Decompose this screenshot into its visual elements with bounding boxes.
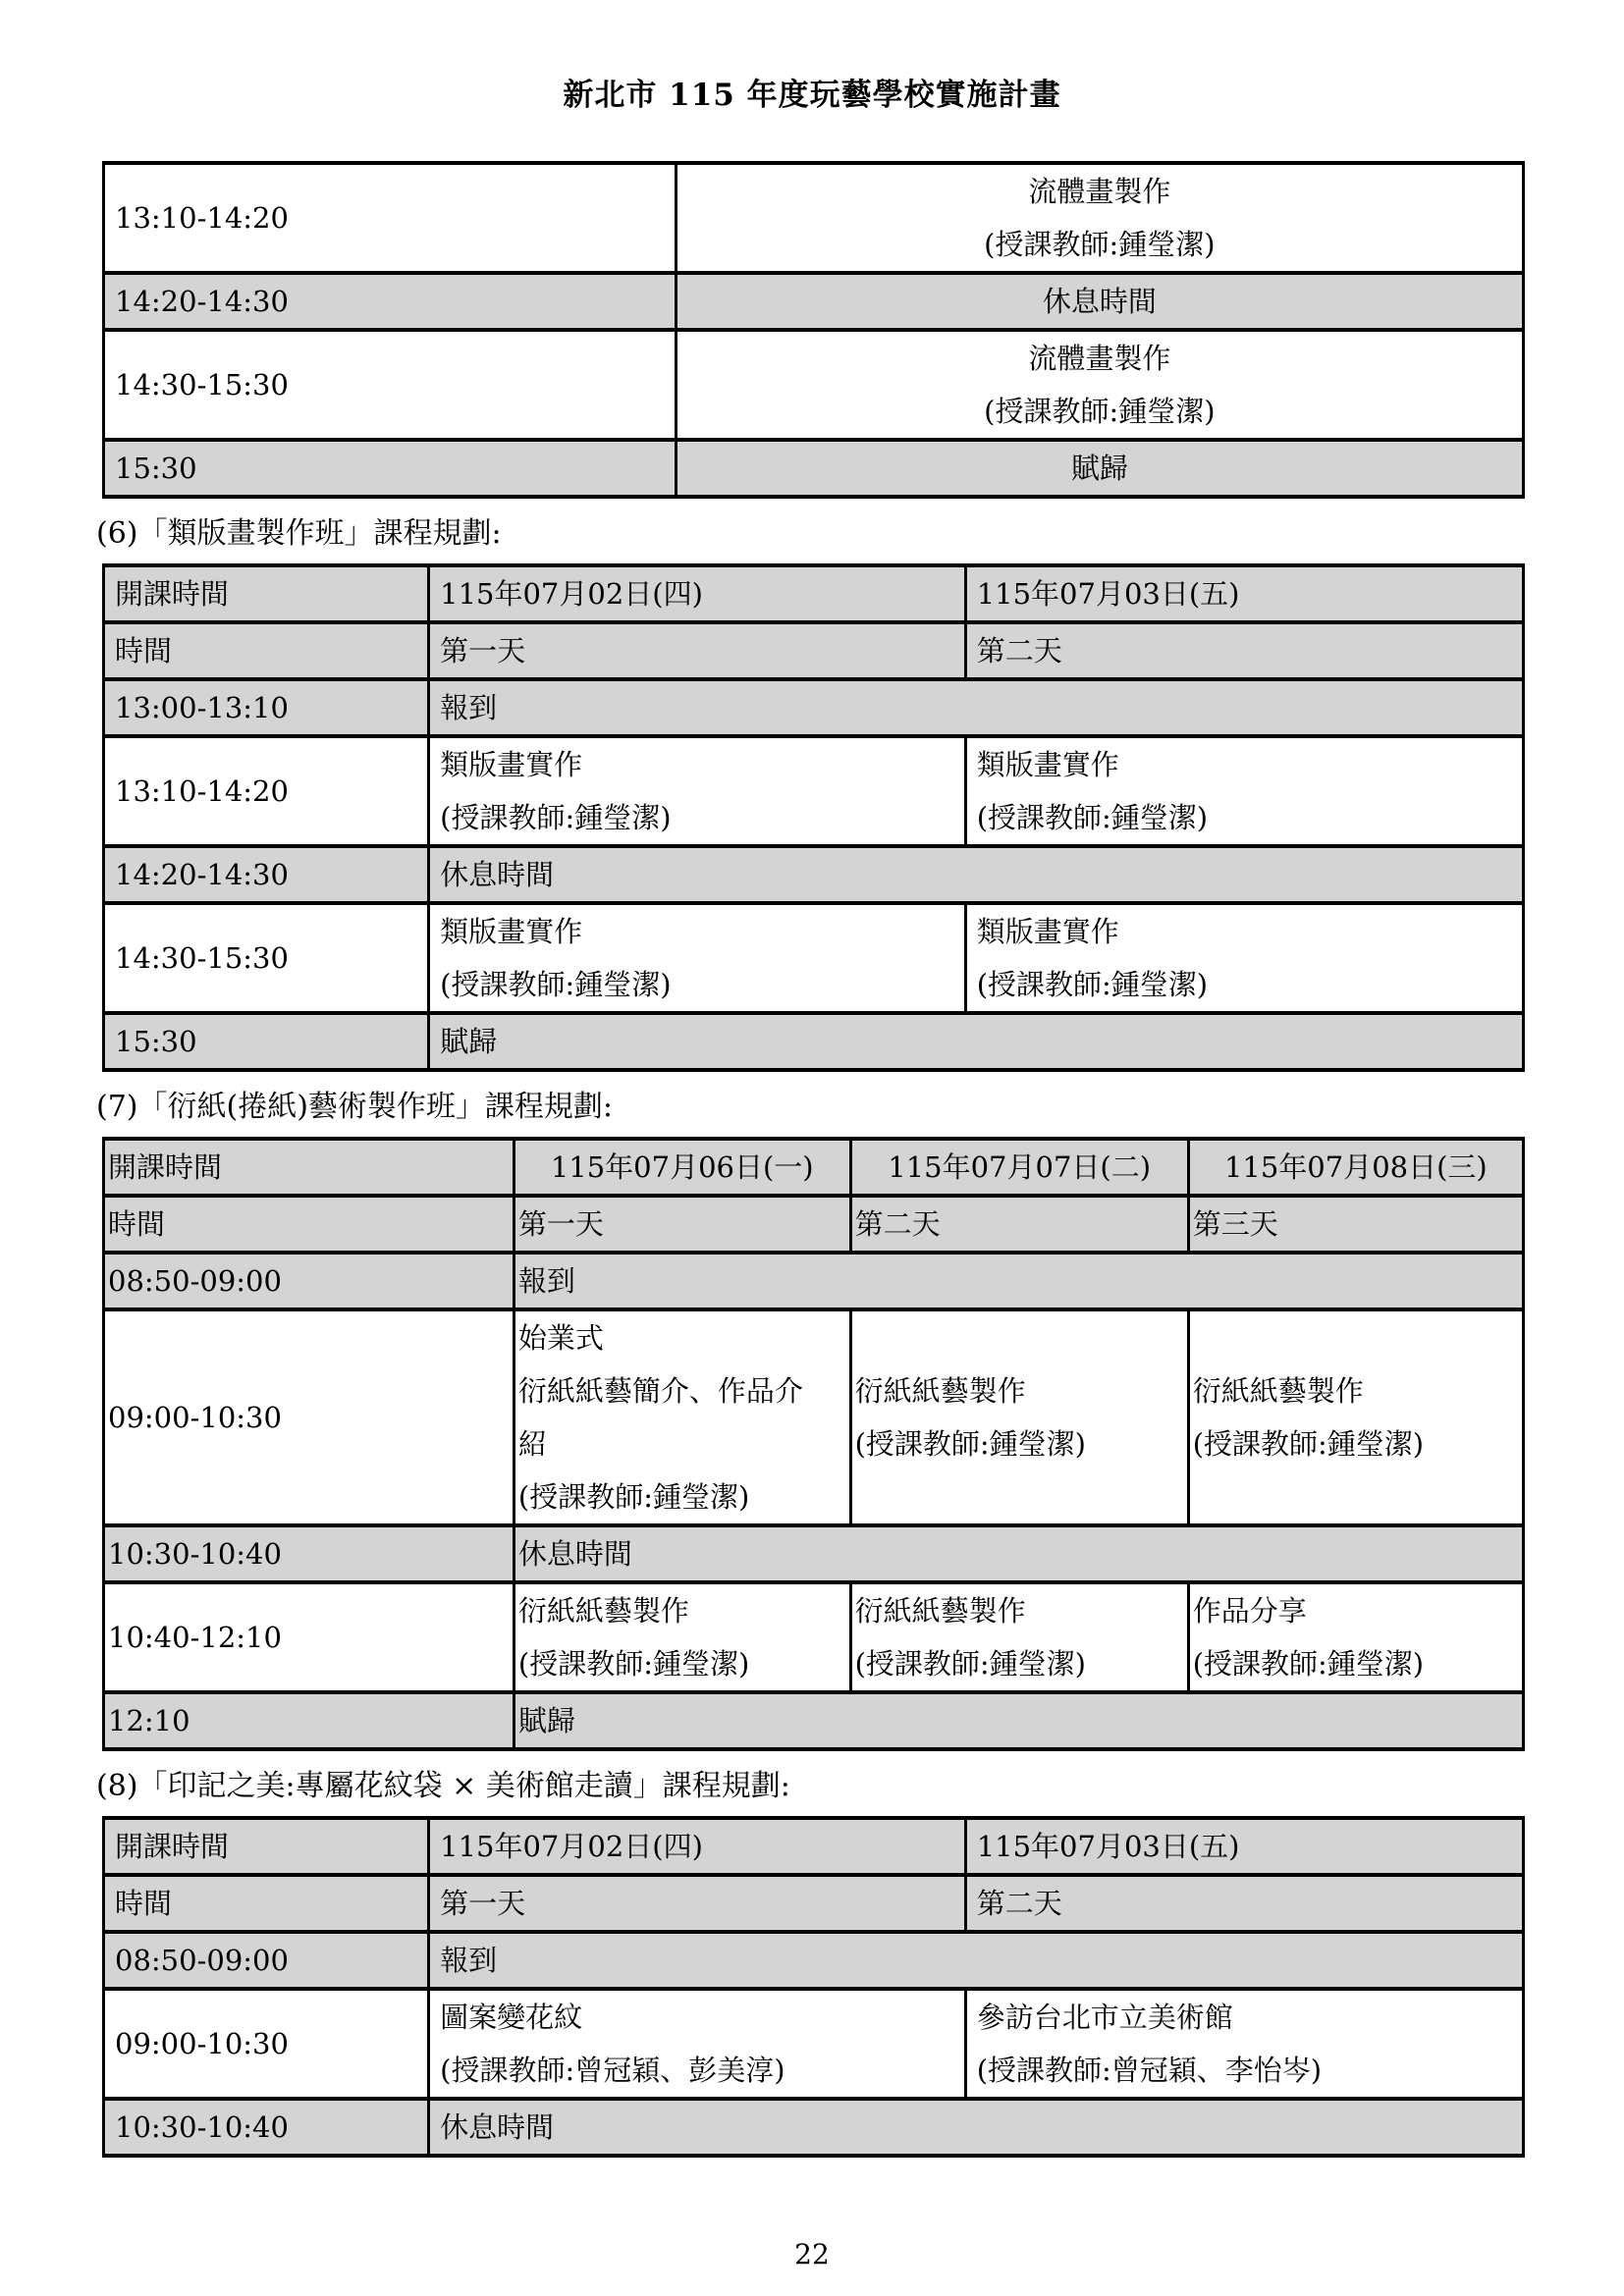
schedule-cell: 第一天 [429, 1875, 966, 1932]
schedule-cell: 第二天 [965, 1875, 1523, 1932]
schedule-cell: 始業式 衍紙紙藝簡介、作品介 紹 (授課教師:鍾瑩潔) [514, 1309, 850, 1525]
schedule-table: 開課時間115年07月06日(一)115年07月07日(二)115年07月08日… [102, 1137, 1525, 1751]
table-row: 10:30-10:40休息時間 [104, 2099, 1524, 2156]
schedule-cell: 圖案變花紋 (授課教師:曾冠穎、彭美淳) [429, 1989, 966, 2099]
time-cell: 08:50-09:00 [104, 1253, 514, 1309]
time-cell: 14:30-15:30 [104, 330, 677, 440]
schedule-cell: 賦歸 [429, 1013, 1524, 1070]
schedule-cell: 第二天 [965, 622, 1523, 679]
schedule-cell: 作品分享 (授課教師:鍾瑩潔) [1188, 1582, 1523, 1692]
schedule-table: 開課時間115年07月02日(四)115年07月03日(五)時間第一天第二天08… [102, 1816, 1525, 2158]
page-content: 13:10-14:20流體畫製作 (授課教師:鍾瑩潔)14:20-14:30休息… [102, 161, 1525, 2158]
page-number: 22 [0, 2238, 1624, 2270]
time-cell: 10:30-10:40 [104, 2099, 429, 2156]
table-row: 13:10-14:20類版畫實作 (授課教師:鍾瑩潔)類版畫實作 (授課教師:鍾… [104, 736, 1524, 846]
table-row: 09:00-10:30始業式 衍紙紙藝簡介、作品介 紹 (授課教師:鍾瑩潔)衍紙… [104, 1309, 1524, 1525]
schedule-table: 13:10-14:20流體畫製作 (授課教師:鍾瑩潔)14:20-14:30休息… [102, 161, 1525, 499]
time-cell: 15:30 [104, 1013, 429, 1070]
pattern-bag-class-schedule-table: 開課時間115年07月02日(四)115年07月03日(五)時間第一天第二天08… [102, 1816, 1525, 2158]
schedule-cell: 賦歸 [676, 440, 1523, 497]
schedule-cell: 休息時間 [429, 2099, 1524, 2156]
schedule-cell: 衍紙紙藝製作 (授課教師:鍾瑩潔) [514, 1582, 850, 1692]
schedule-cell: 休息時間 [429, 846, 1524, 903]
schedule-cell: 115年07月08日(三) [1188, 1139, 1523, 1196]
table-row: 14:20-14:30休息時間 [104, 846, 1524, 903]
time-cell: 時間 [104, 1875, 429, 1932]
table-row: 14:30-15:30類版畫實作 (授課教師:鍾瑩潔)類版畫實作 (授課教師:鍾… [104, 903, 1524, 1013]
time-cell: 09:00-10:30 [104, 1989, 429, 2099]
table-row: 09:00-10:30圖案變花紋 (授課教師:曾冠穎、彭美淳)參訪台北市立美術館… [104, 1989, 1524, 2099]
time-cell: 13:00-13:10 [104, 679, 429, 736]
time-cell: 10:40-12:10 [104, 1582, 514, 1692]
time-cell: 08:50-09:00 [104, 1932, 429, 1989]
section-pattern-bag-class: (8)「印記之美:專屬花紋袋 × 美術館走讀」課程規劃: 開課時間115年07月… [102, 1766, 1525, 2158]
section-heading-pattern-bag-class: (8)「印記之美:專屬花紋袋 × 美術館走讀」課程規劃: [96, 1766, 1525, 1807]
time-cell: 開課時間 [104, 1818, 429, 1875]
time-cell: 15:30 [104, 440, 677, 497]
table-row: 時間第一天第二天第三天 [104, 1196, 1524, 1253]
section-print-class: (6)「類版畫製作班」課程規劃: 開課時間115年07月02日(四)115年07… [102, 513, 1525, 1072]
table-row: 開課時間115年07月02日(四)115年07月03日(五) [104, 565, 1524, 622]
schedule-cell: 休息時間 [676, 273, 1523, 330]
schedule-cell: 115年07月06日(一) [514, 1139, 850, 1196]
print-class-schedule-table: 開課時間115年07月02日(四)115年07月03日(五)時間第一天第二天13… [102, 563, 1525, 1072]
schedule-cell: 第三天 [1188, 1196, 1523, 1253]
quilling-class-schedule-table: 開課時間115年07月06日(一)115年07月07日(二)115年07月08日… [102, 1137, 1525, 1751]
schedule-cell: 衍紙紙藝製作 (授課教師:鍾瑩潔) [850, 1582, 1188, 1692]
schedule-cell: 類版畫實作 (授課教師:鍾瑩潔) [429, 736, 966, 846]
section-quilling-class: (7)「衍紙(捲紙)藝術製作班」課程規劃: 開課時間115年07月06日(一)1… [102, 1087, 1525, 1751]
schedule-cell: 報到 [429, 679, 1524, 736]
schedule-table: 開課時間115年07月02日(四)115年07月03日(五)時間第一天第二天13… [102, 563, 1525, 1072]
schedule-cell: 賦歸 [514, 1692, 1523, 1749]
schedule-cell: 類版畫實作 (授課教師:鍾瑩潔) [965, 736, 1523, 846]
page-title: 新北市 115 年度玩藝學校實施計畫 [0, 75, 1624, 116]
schedule-cell: 參訪台北市立美術館 (授課教師:曾冠穎、李怡岑) [965, 1989, 1523, 2099]
schedule-cell: 第二天 [850, 1196, 1188, 1253]
time-cell: 14:30-15:30 [104, 903, 429, 1013]
time-cell: 12:10 [104, 1692, 514, 1749]
time-cell: 時間 [104, 622, 429, 679]
table-row: 時間第一天第二天 [104, 1875, 1524, 1932]
time-cell: 09:00-10:30 [104, 1309, 514, 1525]
fluid-painting-schedule-table: 13:10-14:20流體畫製作 (授課教師:鍾瑩潔)14:20-14:30休息… [102, 161, 1525, 499]
table-row: 14:30-15:30流體畫製作 (授課教師:鍾瑩潔) [104, 330, 1524, 440]
table-row: 10:30-10:40休息時間 [104, 1525, 1524, 1582]
document-page: 新北市 115 年度玩藝學校實施計畫 13:10-14:20流體畫製作 (授課教… [0, 75, 1624, 2270]
schedule-cell: 衍紙紙藝製作 (授課教師:鍾瑩潔) [1188, 1309, 1523, 1525]
schedule-cell: 衍紙紙藝製作 (授課教師:鍾瑩潔) [850, 1309, 1188, 1525]
time-cell: 時間 [104, 1196, 514, 1253]
time-cell: 開課時間 [104, 565, 429, 622]
schedule-cell: 流體畫製作 (授課教師:鍾瑩潔) [676, 163, 1523, 273]
table-row: 10:40-12:10衍紙紙藝製作 (授課教師:鍾瑩潔)衍紙紙藝製作 (授課教師… [104, 1582, 1524, 1692]
schedule-cell: 115年07月02日(四) [429, 1818, 966, 1875]
time-cell: 14:20-14:30 [104, 273, 677, 330]
schedule-cell: 報到 [514, 1253, 1523, 1309]
time-cell: 14:20-14:30 [104, 846, 429, 903]
time-cell: 13:10-14:20 [104, 736, 429, 846]
schedule-cell: 流體畫製作 (授課教師:鍾瑩潔) [676, 330, 1523, 440]
section-heading-print-class: (6)「類版畫製作班」課程規劃: [96, 513, 1525, 555]
schedule-cell: 115年07月07日(二) [850, 1139, 1188, 1196]
table-row: 14:20-14:30休息時間 [104, 273, 1524, 330]
table-row: 13:10-14:20流體畫製作 (授課教師:鍾瑩潔) [104, 163, 1524, 273]
schedule-cell: 第一天 [514, 1196, 850, 1253]
table-row: 08:50-09:00報到 [104, 1932, 1524, 1989]
time-cell: 13:10-14:20 [104, 163, 677, 273]
schedule-cell: 115年07月03日(五) [965, 1818, 1523, 1875]
schedule-cell: 115年07月03日(五) [965, 565, 1523, 622]
table-row: 13:00-13:10報到 [104, 679, 1524, 736]
section-heading-quilling-class: (7)「衍紙(捲紙)藝術製作班」課程規劃: [96, 1087, 1525, 1128]
schedule-cell: 類版畫實作 (授課教師:鍾瑩潔) [965, 903, 1523, 1013]
schedule-cell: 報到 [429, 1932, 1524, 1989]
time-cell: 開課時間 [104, 1139, 514, 1196]
table-row: 開課時間115年07月06日(一)115年07月07日(二)115年07月08日… [104, 1139, 1524, 1196]
time-cell: 10:30-10:40 [104, 1525, 514, 1582]
table-row: 時間第一天第二天 [104, 622, 1524, 679]
schedule-cell: 休息時間 [514, 1525, 1523, 1582]
table-row: 開課時間115年07月02日(四)115年07月03日(五) [104, 1818, 1524, 1875]
table-row: 12:10賦歸 [104, 1692, 1524, 1749]
table-row: 15:30賦歸 [104, 440, 1524, 497]
schedule-cell: 類版畫實作 (授課教師:鍾瑩潔) [429, 903, 966, 1013]
table-row: 08:50-09:00報到 [104, 1253, 1524, 1309]
table-row: 15:30賦歸 [104, 1013, 1524, 1070]
schedule-cell: 第一天 [429, 622, 966, 679]
schedule-cell: 115年07月02日(四) [429, 565, 966, 622]
